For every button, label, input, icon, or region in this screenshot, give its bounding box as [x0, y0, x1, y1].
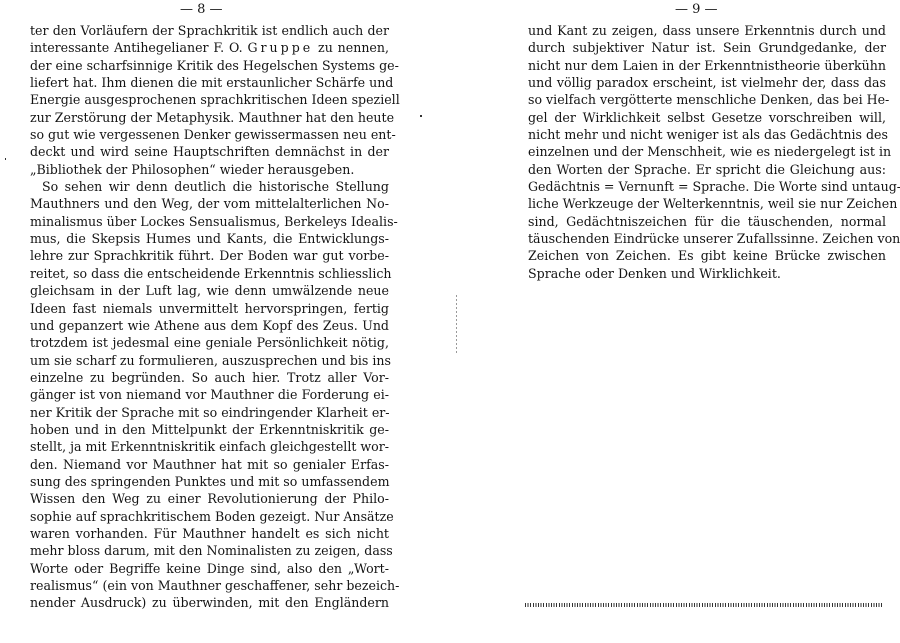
- text-line: den Worten der Sprache. Er spricht die G…: [528, 161, 886, 178]
- text-line: sophie auf sprachkritischem Boden gezeig…: [30, 508, 389, 525]
- text-line: Wissen den Weg zu einer Revolutionierung…: [30, 490, 389, 507]
- text-line: zur Zerstörung der Metaphysik. Mauthner …: [30, 109, 389, 126]
- text-line: und Kant zu zeigen, dass unsere Erkenntn…: [528, 22, 886, 39]
- text-fragment: zu nennen,: [313, 40, 389, 55]
- text-line: Ideen fast niemals unvermittelt hervorsp…: [30, 300, 389, 317]
- scan-speck: [5, 158, 6, 160]
- text-line: Energie ausgesprochenen sprachkritischen…: [30, 91, 389, 108]
- text-line: täuschenden Eindrücke unserer Zufallssin…: [528, 230, 886, 247]
- text-line: einzelnen und der Menschheit, wie es nie…: [528, 143, 886, 160]
- text-line: minalismus über Lockes Sensualismus, Ber…: [30, 213, 389, 230]
- end-of-chapter-rule: [525, 603, 883, 607]
- text-line: nicht mehr und nicht weniger ist als das…: [528, 126, 886, 143]
- text-line: nender Ausdruck) zu überwinden, mit den …: [30, 594, 389, 611]
- text-line: „Bibliothek der Philosophen“ wieder hera…: [30, 161, 389, 178]
- text-line: nicht nur dem Laien in der Erkenntnisthe…: [528, 57, 886, 74]
- text-line: und völlig paradox erscheint, ist vielme…: [528, 74, 886, 91]
- text-line: durch subjektiver Natur ist. Sein Grundg…: [528, 39, 886, 56]
- left-page: — 8 — ter den Vorläufern der Sprachkriti…: [0, 0, 450, 643]
- text-line: um sie scharf zu formulieren, auszusprec…: [30, 352, 389, 369]
- text-line: Worte oder Begriffe keine Dinge sind, al…: [30, 560, 389, 577]
- text-line: gleichsam in der Luft lag, wie denn umwä…: [30, 282, 389, 299]
- scan-speck: [420, 115, 422, 117]
- page-number-8: — 8 —: [180, 2, 223, 17]
- left-page-text: ter den Vorläufern der Sprachkritik ist …: [30, 22, 389, 612]
- text-line: trotzdem ist jedesmal eine geniale Persö…: [30, 334, 389, 351]
- text-line: Mauthners und den Weg, der vom mittelalt…: [30, 195, 389, 212]
- text-line: Gedächtnis = Vernunft = Sprache. Die Wor…: [528, 178, 886, 195]
- text-line: Zeichen von Zeichen. Es gibt keine Brück…: [528, 247, 886, 264]
- text-line: waren vorhanden. Für Mauthner handelt es…: [30, 525, 389, 542]
- spaced-name-gruppe: Gruppe: [247, 40, 313, 55]
- text-line: deckt und wird seine Hauptschriften demn…: [30, 143, 389, 160]
- text-line: einzelne zu begründen. So auch hier. Tro…: [30, 369, 389, 386]
- text-line: interessante Antihegelianer F. O. Gruppe…: [30, 39, 389, 56]
- text-line: stellt, ja mit Erkenntniskritik einfach …: [30, 438, 389, 455]
- text-line: realismus“ (ein von Mauthner geschaffene…: [30, 577, 389, 594]
- text-line: so gut wie vergessenen Denker gewisserma…: [30, 126, 389, 143]
- text-line: ner Kritik der Sprache mit so eindringen…: [30, 404, 389, 421]
- text-line: liefert hat. Ihm dienen die mit erstaunl…: [30, 74, 389, 91]
- right-page: — 9 — und Kant zu zeigen, dass unsere Er…: [450, 0, 900, 643]
- text-line: hoben und in den Mittelpunkt der Erkennt…: [30, 421, 389, 438]
- text-fragment: interessante Antihegelianer F. O.: [30, 40, 247, 55]
- text-line: mus, die Skepsis Humes und Kants, die En…: [30, 230, 389, 247]
- text-line: mehr bloss darum, mit den Nominalisten z…: [30, 542, 389, 559]
- text-line: ter den Vorläufern der Sprachkritik ist …: [30, 22, 389, 39]
- text-line: gänger ist von niemand vor Mauthner die …: [30, 386, 389, 403]
- text-line: der eine scharfsinnige Kritik des Hegels…: [30, 57, 389, 74]
- text-line: lehre zur Sprachkritik führt. Der Boden …: [30, 247, 389, 264]
- text-line: gel der Wirklichkeit selbst Gesetze vors…: [528, 109, 886, 126]
- page-number-9: — 9 —: [675, 2, 718, 17]
- text-line: so vielfach vergötterte menschliche Denk…: [528, 91, 886, 108]
- text-line: sung des springenden Punktes und mit so …: [30, 473, 389, 490]
- text-line: Sprache oder Denken und Wirklichkeit.: [528, 265, 886, 282]
- right-page-text: und Kant zu zeigen, dass unsere Erkenntn…: [528, 22, 886, 282]
- paragraph-start-line: So sehen wir denn deutlich die historisc…: [30, 178, 389, 195]
- text-line: sind, Gedächtniszeichen für die täuschen…: [528, 213, 886, 230]
- text-line: liche Werkzeuge der Welterkenntnis, weil…: [528, 195, 886, 212]
- text-line: den. Niemand vor Mauthner hat mit so gen…: [30, 456, 389, 473]
- text-line: reitet, so dass die entscheidende Erkenn…: [30, 265, 389, 282]
- text-line: und gepanzert wie Athene aus dem Kopf de…: [30, 317, 389, 334]
